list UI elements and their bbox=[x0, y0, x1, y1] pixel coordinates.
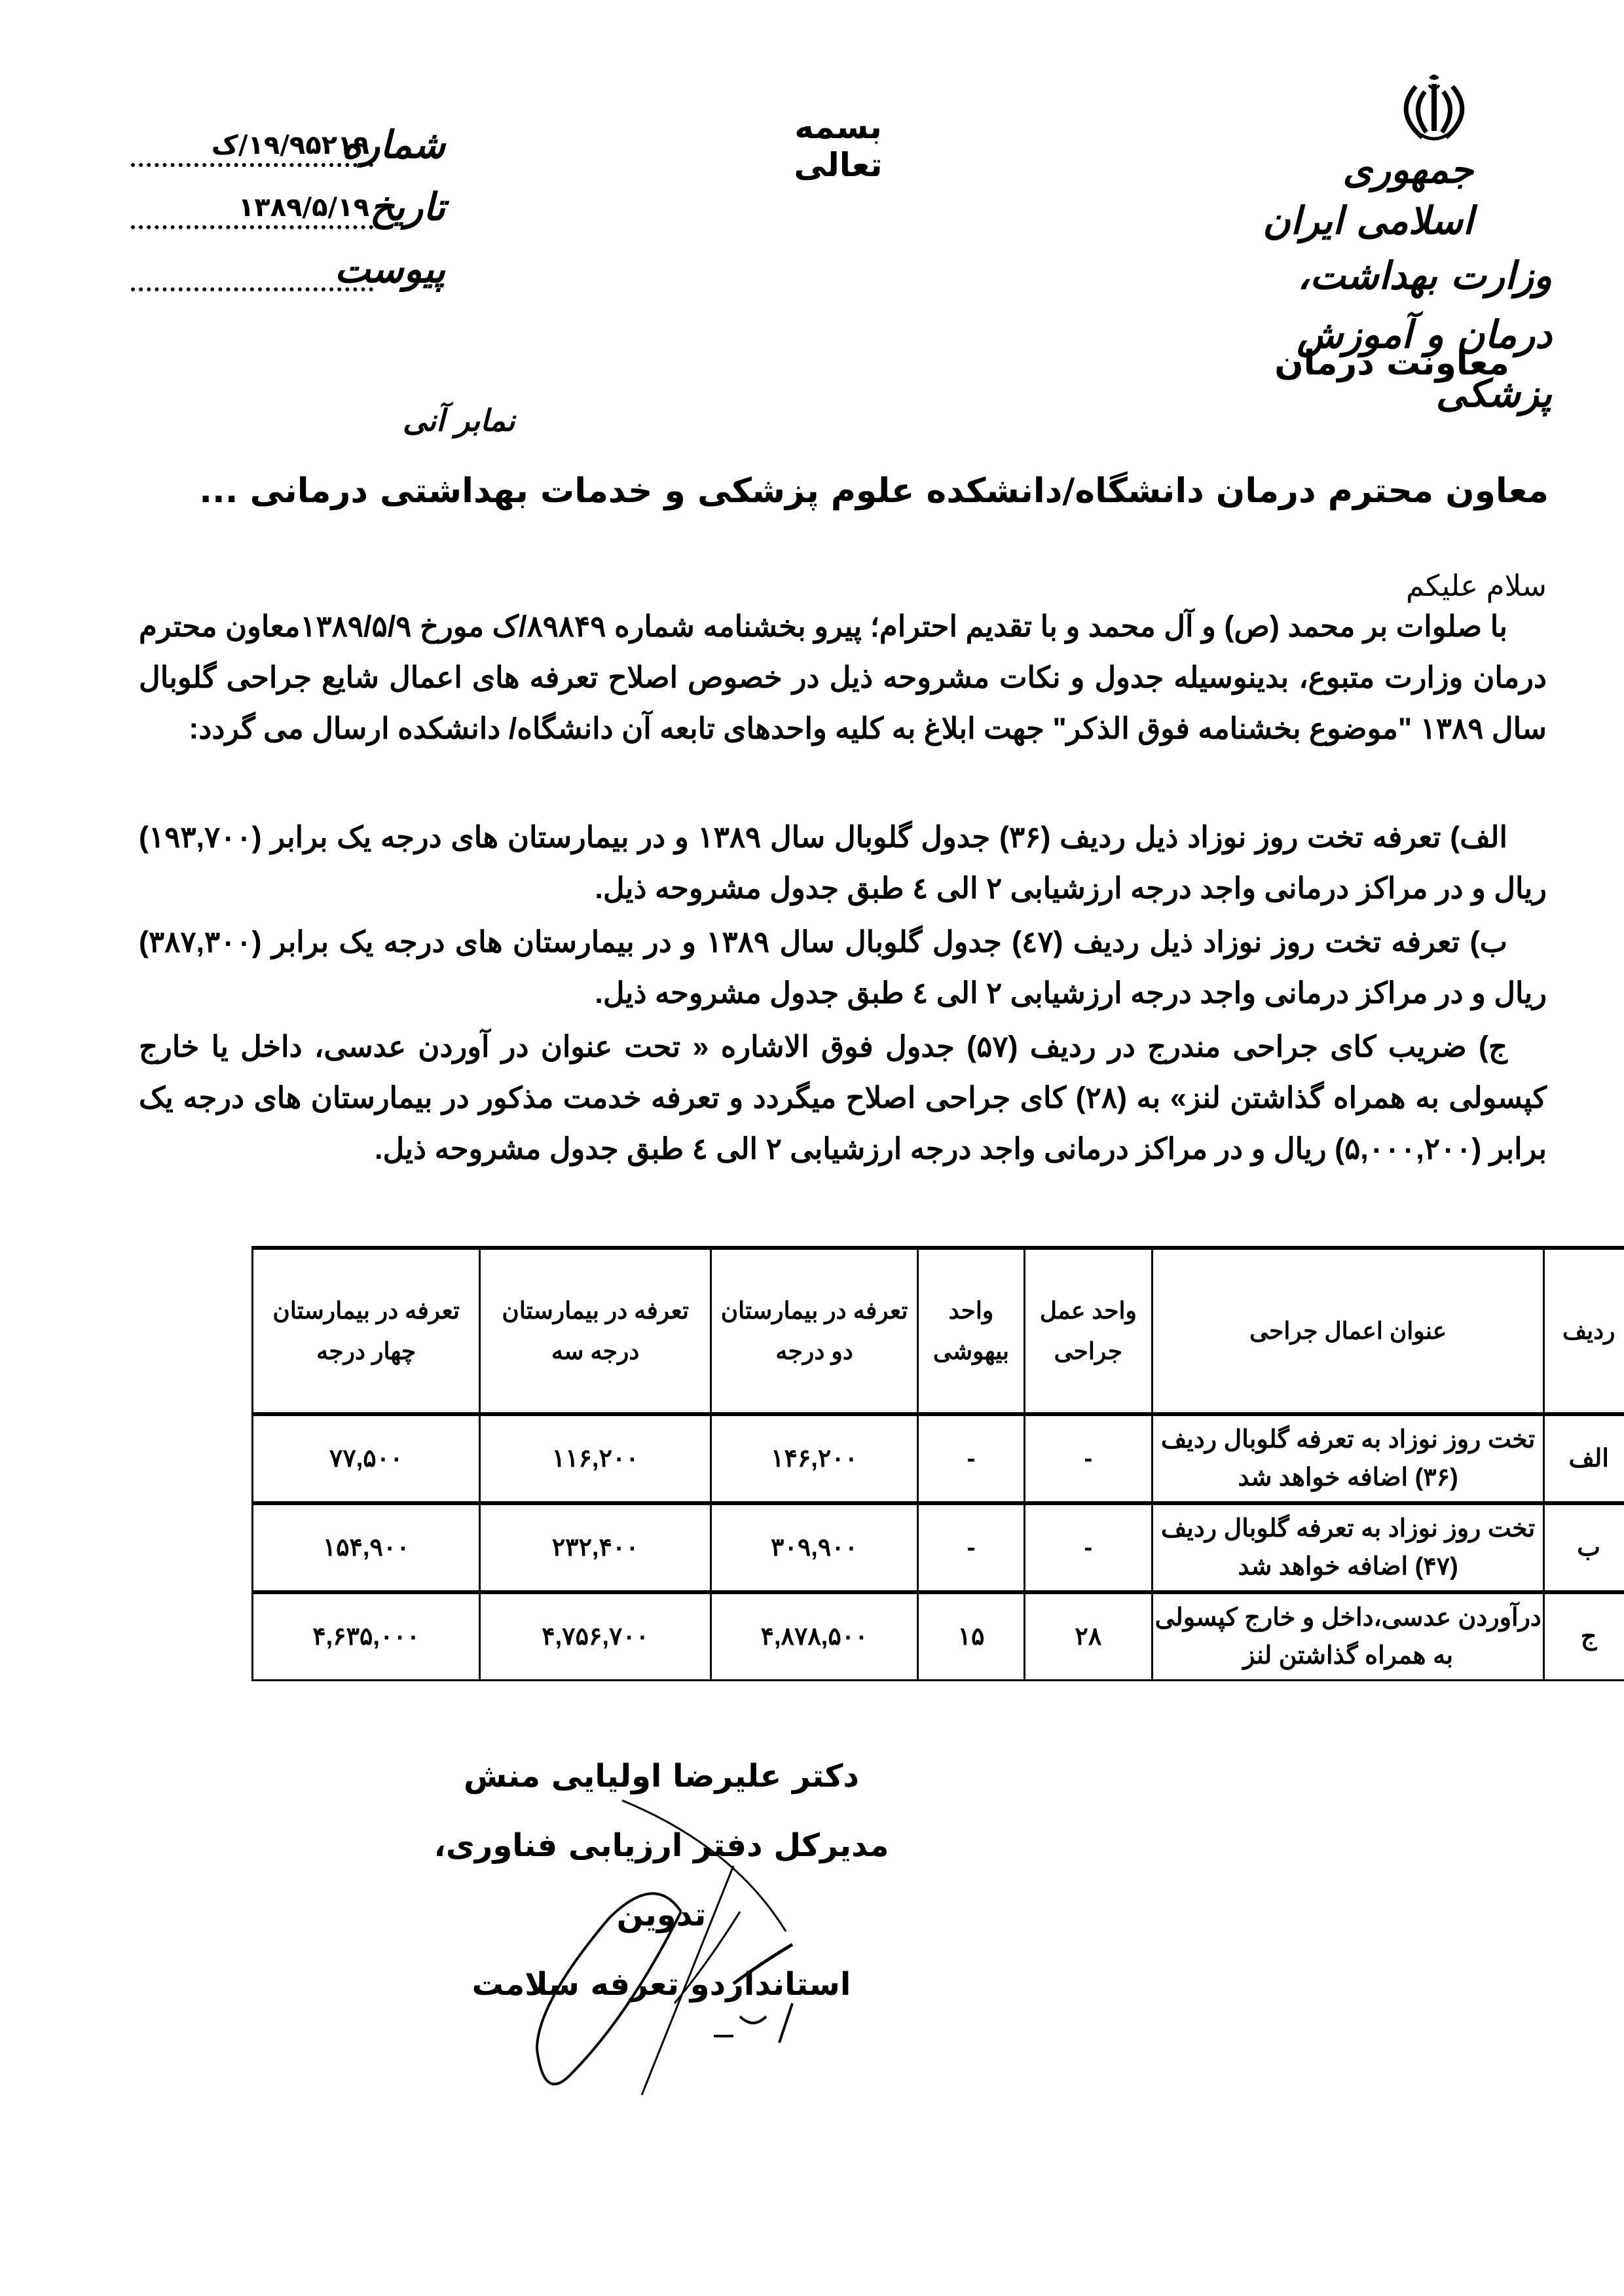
meta-number: شماره ۱۹/۹۵۲۱۹/ک bbox=[131, 105, 445, 167]
bismillah-heading: بسمه تعالی bbox=[747, 108, 930, 184]
cell-grade3-tariff: ۱۱۶,۲۰۰ bbox=[480, 1414, 711, 1503]
iran-emblem-icon bbox=[1382, 72, 1486, 144]
letter-intro-paragraph: با صلوات بر محمد (ص) و آل محمد و با تقدی… bbox=[139, 601, 1547, 754]
cell-grade4-tariff: ۱۵۴,۹۰۰ bbox=[253, 1503, 480, 1592]
header-grade3-tariff: تعرفه در بیمارستان درجه سه bbox=[480, 1248, 711, 1414]
meta-date-label: تاریخ bbox=[373, 185, 445, 229]
letter-addressee: معاون محترم درمان دانشگاه/دانشکده علوم پ… bbox=[108, 471, 1549, 511]
cell-grade2-tariff: ۴,۸۷۸,۵۰۰ bbox=[711, 1592, 918, 1681]
cell-surgery-title: تخت روز نوزاد به تعرفه گلوبال ردیف (۴۷) … bbox=[1152, 1503, 1543, 1592]
meta-number-value: ۱۹/۹۵۲۱۹/ک bbox=[131, 130, 373, 167]
cell-anesthesia-unit: ۱۵ bbox=[918, 1592, 1025, 1681]
table-row: ج درآوردن عدسی،داخل و خارج کپسولی به همر… bbox=[253, 1592, 1624, 1681]
meta-attachment-label: پیوست bbox=[373, 247, 445, 291]
cell-surgical-unit: - bbox=[1024, 1503, 1152, 1592]
header-surgery-title: عنوان اعمال جراحی bbox=[1152, 1248, 1543, 1414]
table-row: ب تخت روز نوزاد به تعرفه گلوبال ردیف (۴۷… bbox=[253, 1503, 1624, 1592]
cell-grade3-tariff: ۴,۷۵۶,۷۰۰ bbox=[480, 1592, 711, 1681]
letter-item-be: ب) تعرفه تخت روز نوزاد ذیل ردیف (٤۷) جدو… bbox=[139, 917, 1547, 1019]
cell-anesthesia-unit: - bbox=[918, 1414, 1025, 1503]
cell-surgery-title: درآوردن عدسی،داخل و خارج کپسولی به همراه… bbox=[1152, 1592, 1543, 1681]
meta-number-label: شماره bbox=[373, 122, 445, 167]
cell-grade3-tariff: ۲۳۲,۴۰۰ bbox=[480, 1503, 711, 1592]
cell-row-number: ج bbox=[1544, 1592, 1624, 1681]
meta-attachment-value bbox=[131, 285, 373, 291]
meta-attachment: پیوست bbox=[131, 229, 445, 291]
urgent-fax-label: نمابر آنی bbox=[403, 403, 515, 438]
meta-date-value: ۱۳۸۹/۵/۱۹ bbox=[131, 192, 373, 229]
cell-row-number: الف bbox=[1544, 1414, 1624, 1503]
meta-date: تاریخ ۱۳۸۹/۵/۱۹ bbox=[131, 167, 445, 229]
cell-grade4-tariff: ۴,۶۳۵,۰۰۰ bbox=[253, 1592, 480, 1681]
letter-item-alef: الف) تعرفه تخت روز نوزاد ذیل ردیف (۳۶) ج… bbox=[139, 812, 1547, 914]
cell-anesthesia-unit: - bbox=[918, 1503, 1025, 1592]
header-anesthesia-unit: واحد بیهوشی bbox=[918, 1248, 1025, 1414]
table-row: الف تخت روز نوزاد به تعرفه گلوبال ردیف (… bbox=[253, 1414, 1624, 1503]
handwritten-signature-icon bbox=[458, 1768, 884, 2108]
cell-surgical-unit: ۲۸ bbox=[1024, 1592, 1152, 1681]
letter-item-jim: ج) ضریب کای جراحی مندرج در ردیف (۵۷) جدو… bbox=[139, 1021, 1547, 1175]
department-title: معاونت درمان bbox=[1274, 344, 1509, 383]
tariff-table: ردیف عنوان اعمال جراحی واحد عمل جراحی وا… bbox=[251, 1246, 1624, 1681]
ministry-name: وزارت بهداشت، درمان و آموزش پزشکی bbox=[1244, 246, 1552, 423]
header-surgical-unit: واحد عمل جراحی bbox=[1024, 1248, 1152, 1414]
header-row-number: ردیف bbox=[1544, 1248, 1624, 1414]
cell-grade4-tariff: ۷۷,۵۰۰ bbox=[253, 1414, 480, 1503]
cell-surgical-unit: - bbox=[1024, 1414, 1152, 1503]
header-grade4-tariff: تعرفه در بیمارستان چهار درجه bbox=[253, 1248, 480, 1414]
header-grade2-tariff: تعرفه در بیمارستان دو درجه bbox=[711, 1248, 918, 1414]
cell-grade2-tariff: ۱۴۶,۲۰۰ bbox=[711, 1414, 918, 1503]
ministry-country: جمهوری اسلامی ایران bbox=[1244, 144, 1552, 246]
table-header-row: ردیف عنوان اعمال جراحی واحد عمل جراحی وا… bbox=[253, 1248, 1624, 1414]
letter-meta: شماره ۱۹/۹۵۲۱۹/ک تاریخ ۱۳۸۹/۵/۱۹ پیوست bbox=[131, 105, 445, 291]
letter-greeting: سلام علیکم bbox=[1406, 568, 1547, 603]
cell-surgery-title: تخت روز نوزاد به تعرفه گلوبال ردیف (۳۶) … bbox=[1152, 1414, 1543, 1503]
cell-row-number: ب bbox=[1544, 1503, 1624, 1592]
cell-grade2-tariff: ۳۰۹,۹۰۰ bbox=[711, 1503, 918, 1592]
